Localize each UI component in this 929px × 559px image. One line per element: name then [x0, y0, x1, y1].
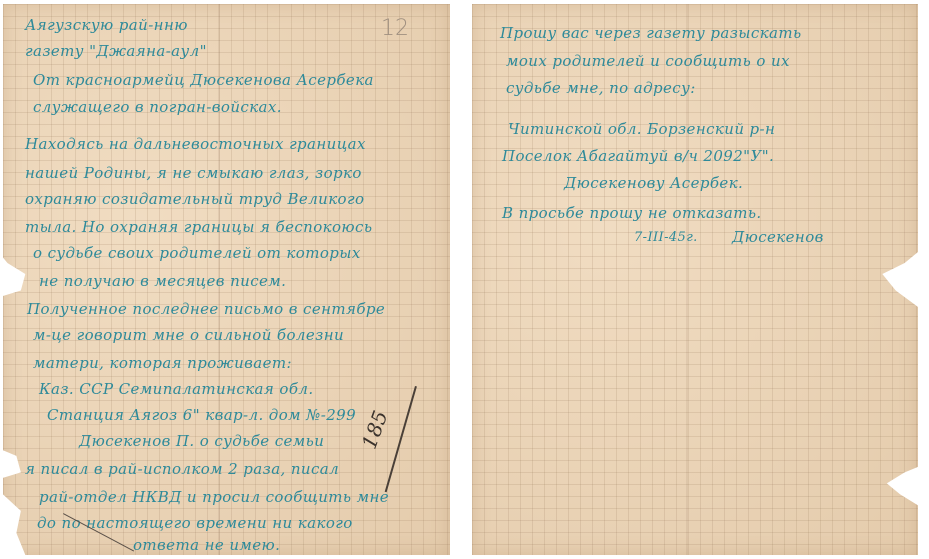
letter-line: Дюсекенов П. о судьбе семьи [79, 432, 324, 450]
letter-line: матери, которая проживает: [33, 354, 292, 372]
letter-line: я писал в рай-исполком 2 раза, писал [25, 460, 339, 478]
letter-line: Прошу вас через газету разыскать [500, 24, 802, 42]
letter-signature: Дюсекенов [732, 228, 824, 246]
letter-line: ответа не имею. [133, 536, 280, 554]
letter-line: охраняю созидательный труд Великого [25, 190, 364, 208]
letter-line: В просьбе прошу не отказать. [502, 204, 762, 222]
letter-line: м-це говорит мне о сильной болезни [33, 326, 344, 344]
letter-line: судьбе мне, по адресу: [506, 79, 696, 97]
letter-line: до по настоящего времени ни какого [37, 514, 353, 532]
letter-line: моих родителей и сообщить о их [506, 52, 790, 70]
letter-line: Каз. ССР Семипалатинская обл. [39, 380, 314, 398]
letter-line: Читинской обл. Борзенский р-н [508, 120, 775, 138]
letter-page-left: 12 Аягузскую рай-нню газету "Джаяна-аул"… [3, 4, 450, 555]
letter-line: тыла. Но охраняя границы я беспокоюсь [25, 218, 372, 236]
letter-line: служащего в погран-войсках. [33, 98, 282, 116]
letter-line: Полученное последнее письмо в сентябре [27, 300, 385, 318]
pencil-annotation: 185 [357, 407, 393, 452]
letter-line: Находясь на дальневосточных границах [25, 135, 366, 153]
letter-line: Станция Аягоз 6" квар-л. дом №-299 [47, 406, 356, 424]
letter-line: От красноармейц Дюсекенова Асербека [33, 71, 374, 89]
letter-line: Поселок Абагайтуй в/ч 2092"У". [502, 147, 774, 165]
letter-date: 7-III-45г. [634, 230, 698, 245]
letter-line: Дюсекенову Асербек. [564, 174, 743, 192]
pencil-mark [385, 386, 417, 492]
letter-line: нашей Родины, я не смыкаю глаз, зорко [25, 164, 362, 182]
letter-line: рай-отдел НКВД и просил сообщить мне [39, 488, 389, 506]
letter-page-right: Прошу вас через газету разыскать моих ро… [472, 4, 918, 555]
letter-line: о судьбе своих родителей от которых [33, 244, 361, 262]
letter-line: газету "Джаяна-аул" [25, 42, 207, 60]
letter-line: Аягузскую рай-нню [25, 16, 188, 34]
page-number-mark: 12 [381, 16, 409, 41]
letter-line: не получаю в месяцев писем. [39, 272, 286, 290]
